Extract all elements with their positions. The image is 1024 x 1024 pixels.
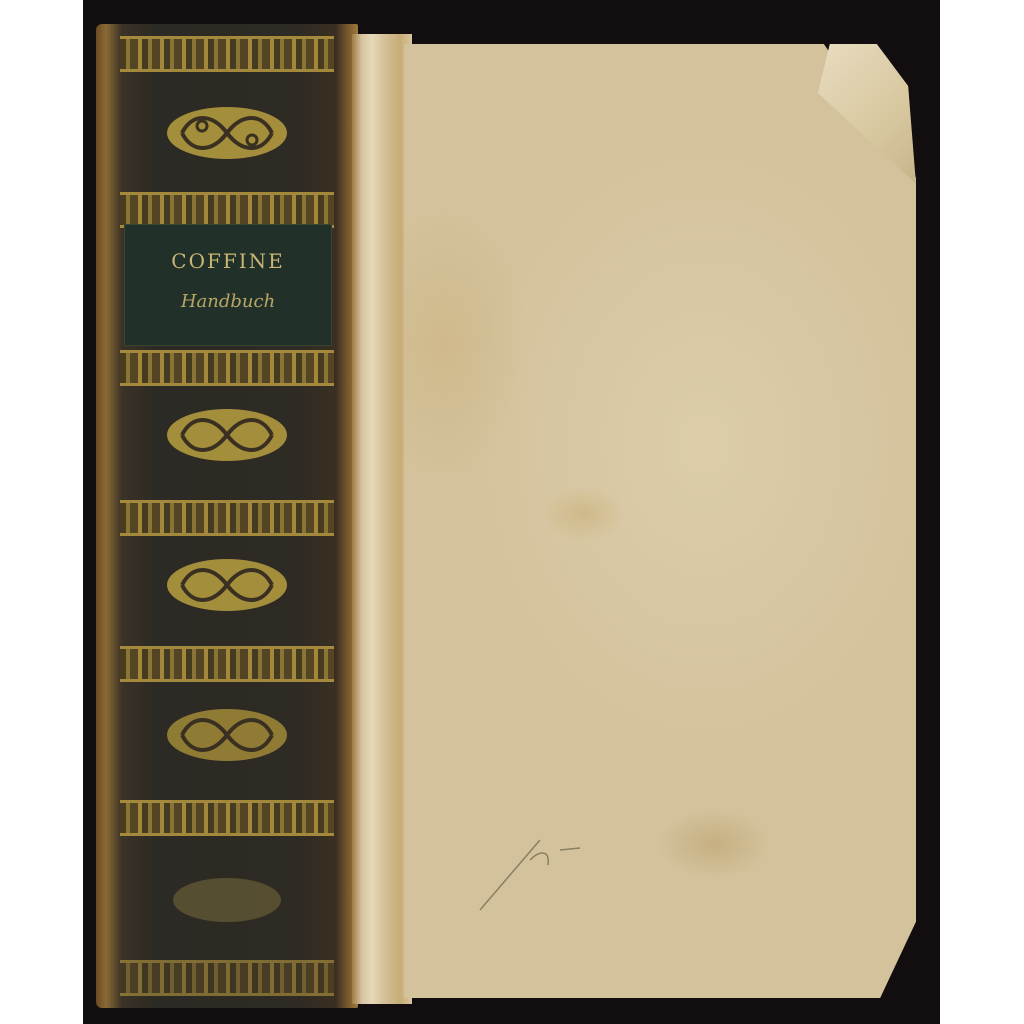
gilt-ornament-icon	[167, 870, 287, 930]
spine-title: COFFINE	[125, 249, 331, 273]
gilt-band	[120, 500, 334, 536]
spine-subtitle: Handbuch	[125, 291, 331, 312]
gilt-band	[120, 192, 334, 228]
gilt-ornament-icon	[162, 98, 292, 168]
gilt-band	[120, 646, 334, 682]
gilt-ornament-icon	[162, 700, 292, 770]
worn-hinge	[352, 34, 412, 1004]
gilt-band	[120, 36, 334, 72]
book-spine: COFFINE Handbuch	[96, 24, 358, 1008]
pencil-mark	[470, 820, 630, 920]
book: COFFINE Handbuch	[0, 0, 1024, 1024]
spine-title-label: COFFINE Handbuch	[124, 224, 332, 346]
gilt-band	[120, 960, 334, 996]
gilt-ornament-icon	[162, 400, 292, 470]
gilt-band	[120, 800, 334, 836]
gilt-band	[120, 350, 334, 386]
gilt-ornament-icon	[162, 550, 292, 620]
